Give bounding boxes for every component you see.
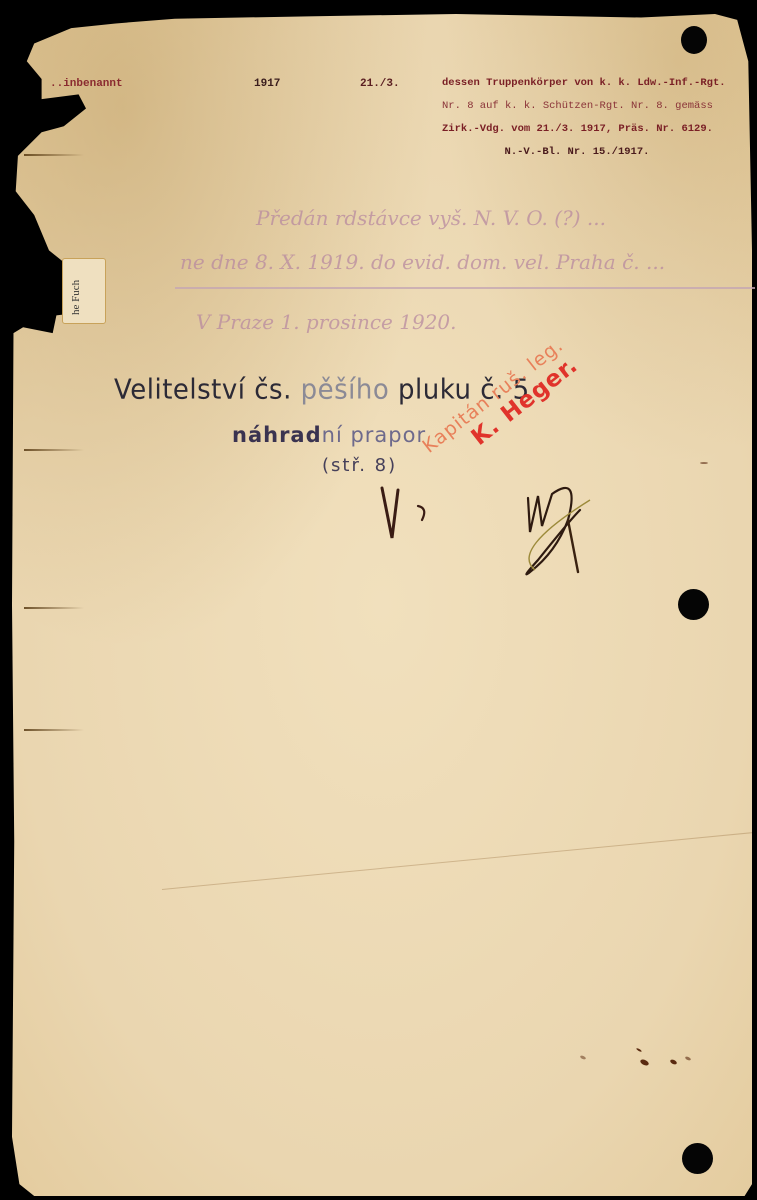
handwritten-line-3: V Praze 1. prosince 1920. [196, 310, 457, 334]
ink-smudge [700, 462, 708, 464]
typed-header-year: 1917 [254, 78, 280, 90]
typed-note-line: Zirk.-Vdg. vom 21./3. 1917, Präs. Nr. 61… [442, 118, 712, 141]
stamp-text: náhrad [232, 423, 322, 447]
punch-hole [682, 1143, 713, 1174]
fold-crack [24, 607, 84, 609]
typed-note-line: dessen Truppenkörper von k. k. Ldw.-Inf.… [442, 72, 712, 95]
fold-crack [24, 729, 84, 731]
typed-header-note: dessen Truppenkörper von k. k. Ldw.-Inf.… [442, 72, 712, 164]
handwritten-line-1: Předán rdstávce vyš. N. V. O. (?) ... [256, 206, 606, 230]
side-tab-label: he Fuch [62, 258, 106, 324]
punch-hole [678, 589, 709, 620]
typed-note-line: N.-V.-Bl. Nr. 15./1917. [442, 141, 712, 164]
handwritten-line-2: ne dne 8. X. 1919. do evid. dom. vel. Pr… [180, 250, 665, 274]
fold-crack [24, 449, 84, 451]
document-page [12, 14, 752, 1196]
stamp-unit-line-2: náhradní prapor [232, 423, 426, 447]
punch-hole [681, 26, 707, 54]
stamp-text-faded: ní prapor [322, 423, 426, 447]
stamp-unit-line-3: (stř. 8) [322, 455, 397, 476]
paper-crease [162, 831, 757, 890]
signature-icon [370, 480, 610, 590]
fold-crack [24, 154, 84, 156]
typed-note-line: Nr. 8 auf k. k. Schützen-Rgt. Nr. 8. gem… [442, 95, 712, 118]
side-tab-text: he Fuch [70, 280, 82, 315]
typed-header-fragment: ..inbenannt [50, 78, 123, 90]
stamp-text-faded: pěšího [301, 374, 390, 406]
typed-header-date: 21./3. [360, 78, 400, 90]
stamp-text: Velitelství čs. [114, 374, 292, 406]
handwritten-underline [175, 287, 755, 289]
